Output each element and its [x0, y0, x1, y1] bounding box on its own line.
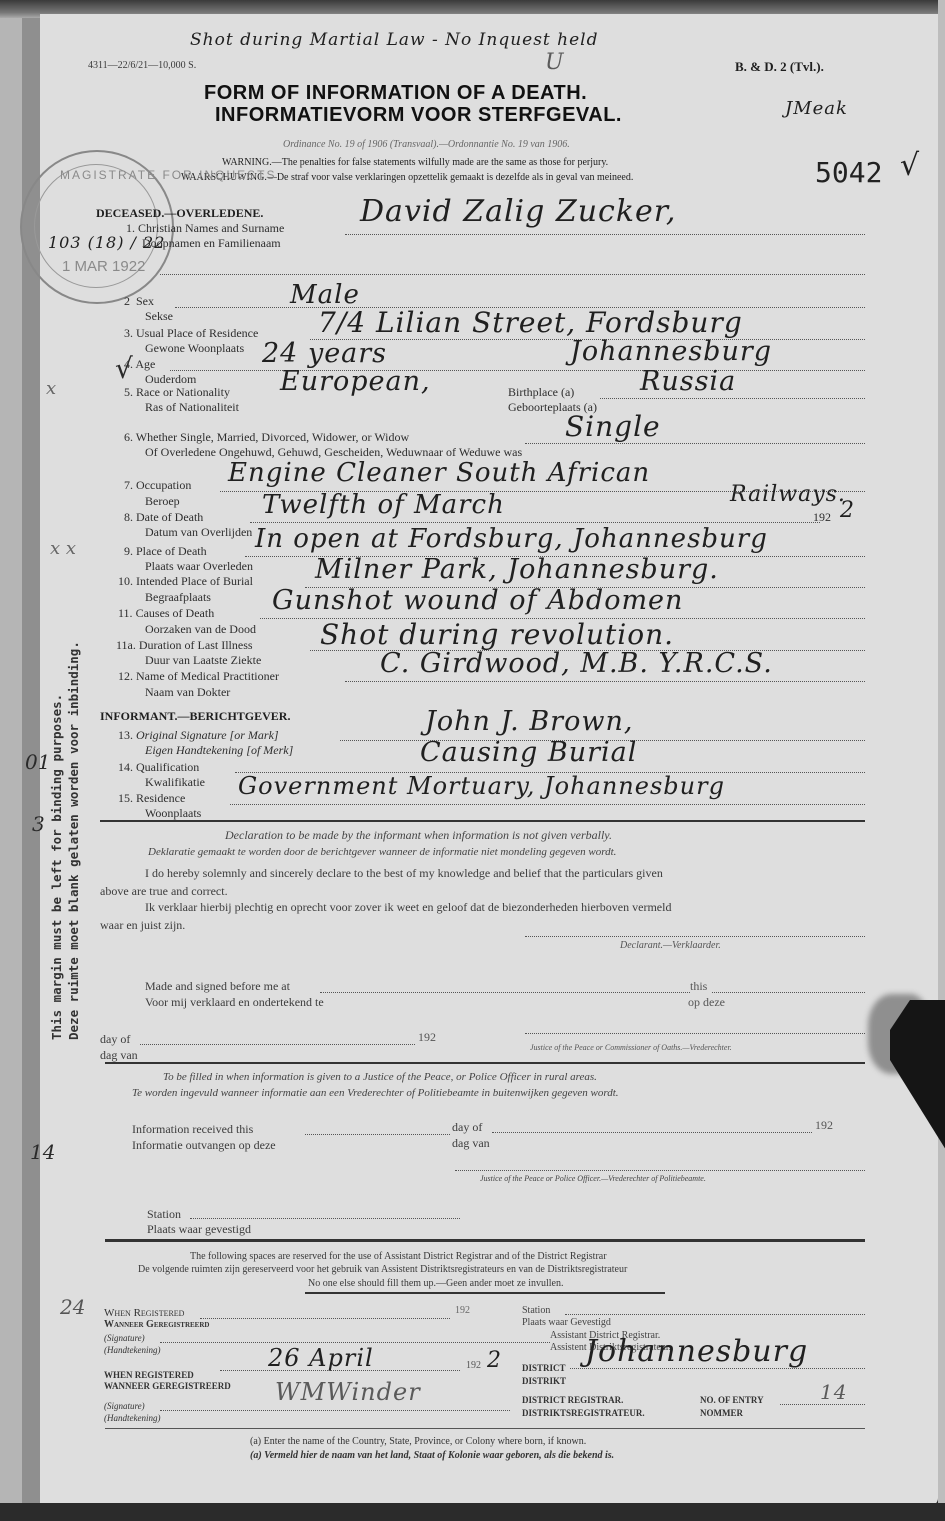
name-line [345, 234, 865, 235]
burial-label-nl: Begraafplaats [145, 590, 211, 605]
date-of-death-year-prefix: 192 [813, 510, 831, 525]
cause-of-death-value[interactable]: Gunshot wound of Abdomen [272, 585, 683, 616]
entry-number-label-en: NO. OF ENTRY [700, 1395, 764, 1405]
margin-mark-xx: x x [50, 538, 76, 559]
checkmark-icon: √ [900, 148, 920, 183]
field-number: 6. [124, 430, 133, 444]
station-label-en: Station [147, 1207, 181, 1222]
when-registered2-label-nl: WANNEER GEREGISTREERD [104, 1381, 231, 1391]
registered-year-prefix: 192 [466, 1360, 481, 1371]
day-of-label-en: day of [100, 1032, 130, 1047]
duration-label-nl: Duur van Laatste Ziekte [145, 653, 261, 668]
birthplace-line [600, 398, 865, 399]
name-label-en: Christian Names and Surname [138, 221, 284, 235]
declarant-label: Declarant.—Verklaarder. [620, 940, 721, 951]
qualification-label-en: Qualification [136, 760, 199, 774]
made-signed-label-en: Made and signed before me at [145, 979, 290, 994]
field-number: 11a. [116, 638, 136, 652]
registrar-signature-line [160, 1410, 510, 1411]
date-of-death-year-value[interactable]: 2 [840, 498, 855, 523]
station-line [190, 1218, 460, 1219]
field-number: 1. [126, 221, 135, 235]
info-day-of-label-nl: dag van [452, 1136, 490, 1151]
this-label-en: this [690, 979, 707, 994]
marital-status-value[interactable]: Single [565, 410, 661, 443]
info-received-label-nl: Informatie outvangen op deze [132, 1138, 276, 1153]
registered-year-value[interactable]: 2 [487, 1348, 502, 1373]
police-signature-line [455, 1170, 865, 1171]
info-received-label-en: Information received this [132, 1122, 253, 1137]
registrar-signature-label-en: (Signature) [104, 1401, 145, 1411]
place-of-death-value[interactable]: In open at Fordsburg, Johannesburg [255, 524, 768, 554]
info-month-line [492, 1132, 812, 1133]
margin-mark-x: x [46, 378, 56, 399]
warning-english: WARNING.—The penalties for false stateme… [222, 157, 608, 168]
district-label-en: DISTRICT [522, 1363, 566, 1373]
registrar-notice-en: The following spaces are reserved for th… [190, 1251, 607, 1262]
deceased-heading: DECEASED.—OVERLEDENE. [96, 206, 263, 221]
doctor-label-nl: Naam van Dokter [145, 685, 230, 700]
age-line [170, 370, 865, 371]
day-of-label-nl: dag van [100, 1048, 138, 1063]
binding-margin-note-nl: Deze ruimte moet blank gelaten worden vo… [65, 641, 82, 1040]
station-label-nl: Plaats waar gevestigd [147, 1222, 251, 1237]
section-divider [100, 820, 865, 822]
declaration-text-nl-1: Ik verklaar hierbij plechtig en oprecht … [145, 900, 671, 915]
entry-number-value[interactable]: 14 [820, 1380, 847, 1404]
margin-mark-3: 3 [32, 812, 45, 836]
field-number: 14. [118, 760, 133, 774]
reg-station-label-en: Station [522, 1305, 550, 1316]
title-english: FORM OF INFORMATION OF A DEATH. [204, 82, 587, 105]
margin-mark-14: 14 [30, 1140, 55, 1164]
burial-place-value[interactable]: Milner Park, Johannesburg. [315, 554, 719, 585]
race-value[interactable]: European, [280, 366, 431, 397]
cause-label-nl: Oorzaken van de Dood [145, 622, 256, 637]
deceased-name-value[interactable]: David Zalig Zucker, [360, 194, 676, 229]
justice-label: Justice of the Peace or Commissioner of … [530, 1043, 732, 1052]
footnote-en: (a) Enter the name of the Country, State… [250, 1436, 586, 1447]
residence-informant-label-nl: Woonplaats [145, 806, 201, 821]
when-registered-label-nl: Wanneer Geregistreerd [104, 1319, 209, 1330]
reg-station-label-nl: Plaats waar Gevestigd [522, 1317, 611, 1328]
field-number: 11. [118, 606, 133, 620]
declaration-heading-en: Declaration to be made by the informant … [225, 828, 612, 843]
declaration-heading-nl: Deklaratie gemaakt te worden door de ber… [148, 846, 616, 858]
date-of-death-label-en: Date of Death [136, 510, 203, 524]
ordinance-reference: Ordinance No. 19 of 1906 (Transvaal).—Or… [283, 139, 570, 150]
marital-label-en: Whether Single, Married, Divorced, Widow… [136, 430, 409, 444]
age-label-en: Age [135, 357, 155, 371]
print-code: 4311—22/6/21—10,000 S. [88, 60, 196, 71]
rural-heading-nl: Te worden ingevuld wanneer informatie aa… [132, 1087, 619, 1099]
residence-label-en: Usual Place of Residence [136, 326, 258, 340]
burial-label-en: Intended Place of Burial [136, 574, 253, 588]
field-number: 4. [124, 357, 133, 371]
doctor-line [345, 681, 865, 682]
occupation-value[interactable]: Engine Cleaner South African [228, 458, 650, 488]
registered-date-value[interactable]: 26 April [268, 1344, 374, 1372]
when-registered2-label-en: WHEN REGISTERED [104, 1370, 194, 1380]
residence-city-value[interactable]: Johannesburg [570, 336, 772, 367]
informant-residence-value[interactable]: Government Mortuary, Johannesburg [238, 772, 725, 800]
when-registered-label-en: When Registered [104, 1307, 184, 1319]
name-line-2 [160, 274, 865, 275]
district-registrar-label-nl: DISTRIKTSREGISTRATEUR. [522, 1408, 645, 1418]
age-value[interactable]: 24 years [262, 338, 387, 369]
declaration-text-en-1: I do hereby solemnly and sincerely decla… [145, 866, 663, 881]
occupation-label-en: Occupation [136, 478, 191, 492]
birthplace-label-en: Birthplace (a) [508, 385, 574, 400]
info-year-prefix: 192 [815, 1118, 833, 1133]
reg-station-line [565, 1314, 865, 1315]
binding-margin-note: This margin must be left for binding pur… [48, 641, 82, 1040]
field-number: 13. [118, 728, 133, 742]
declarant-signature-line [525, 936, 865, 937]
binding-spine [0, 0, 22, 1521]
justice-signature-line [525, 1033, 865, 1034]
place-of-death-label-nl: Plaats waar Overleden [145, 559, 253, 574]
entry-number-line [780, 1404, 865, 1405]
residence-informant-label-en: Residence [136, 791, 185, 805]
qualification-label-nl: Kwalifikatie [145, 775, 205, 790]
stamp-ring-text: MAGISTRATE FOR INQUESTS [60, 168, 276, 182]
signature-label-nl: (Handtekening) [104, 1345, 160, 1355]
section-divider [105, 1062, 865, 1064]
stamp-date: 1 MAR 1922 [62, 258, 145, 275]
date-of-death-value[interactable]: Twelfth of March [262, 490, 505, 520]
signature-label-en: (Signature) [104, 1333, 145, 1343]
day-of-line [140, 1044, 415, 1045]
duration-value[interactable]: Shot during revolution. [320, 618, 674, 651]
field-number: 3. [124, 326, 133, 340]
form-code: B. & D. 2 (Tvl.). [735, 59, 824, 75]
info-received-day-line [305, 1134, 450, 1135]
district-label-nl: DISTRIKT [522, 1376, 566, 1386]
when-registered-line [200, 1318, 450, 1319]
title-dutch: INFORMATIEVORM VOOR STERFGEVAL. [215, 104, 622, 127]
sex-label-nl: Sekse [145, 309, 173, 324]
when-registered2-line [220, 1370, 460, 1371]
scan-bottom-edge [0, 1503, 945, 1521]
initials-annotation: JMeak [785, 98, 848, 119]
informant-signature-value[interactable]: John J. Brown, [425, 706, 633, 737]
register-number: 5042 [815, 156, 882, 189]
made-signed-label-nl: Voor mij verklaard en ondertekend te [145, 995, 324, 1010]
place-of-death-label-en: Place of Death [136, 544, 207, 558]
duration-label-en: Duration of Last Illness [139, 638, 253, 652]
margin-mark-01: 01 [25, 750, 50, 774]
field-number: 2 [124, 294, 130, 308]
binding-margin-note-en: This margin must be left for binding pur… [48, 641, 65, 1040]
occupation-label-nl: Beroep [145, 494, 180, 509]
signature-label-nl: Eigen Handtekening [of Merk] [145, 743, 293, 758]
entry-number-label-nl: NOMMER [700, 1408, 743, 1418]
when-registered-year-prefix: 192 [455, 1305, 470, 1316]
info-day-of-label-en: day of [452, 1120, 482, 1135]
notice-underline [305, 1292, 665, 1294]
field-number: 12. [118, 669, 133, 683]
district-value[interactable]: Johannesburg [585, 1334, 808, 1369]
date-of-death-label-nl: Datum van Overlijden [145, 525, 252, 540]
sex-label-en: Sex [136, 294, 154, 308]
doctor-value[interactable]: C. Girdwood, M.B. Y.R.C.S. [380, 648, 773, 679]
field-number: 7. [124, 478, 133, 492]
residence-label-nl: Gewone Woonplaats [145, 341, 244, 356]
registrar-notice-warn: No one else should fill them up.—Geen an… [308, 1278, 564, 1289]
race-label-nl: Ras of Nationaliteit [145, 400, 239, 415]
police-officer-label: Justice of the Peace or Police Officer.—… [480, 1174, 706, 1183]
residence-value[interactable]: 7/4 Lilian Street, Fordsburg [318, 306, 743, 339]
registrar-notice-nl: De volgende ruimten zijn gereserveerd vo… [138, 1264, 627, 1275]
informant-heading: INFORMANT.—BERICHTGEVER. [100, 709, 290, 724]
day-of-year-prefix: 192 [418, 1030, 436, 1045]
doctor-label-en: Name of Medical Practitioner [136, 669, 279, 683]
field-number: 9. [124, 544, 133, 558]
district-registrar-signature[interactable]: WMWinder [275, 1378, 421, 1406]
field-number: 8. [124, 510, 133, 524]
made-signed-place-line [320, 992, 690, 993]
date-of-death-line [250, 522, 820, 523]
this-day-line [712, 992, 865, 993]
section-divider [105, 1239, 865, 1242]
annotation-u: U [545, 50, 565, 75]
marital-line [525, 443, 865, 444]
footnote-nl: (a) Vermeld hier de naam van het land, S… [250, 1450, 614, 1461]
declaration-text-en-2: above are true and correct. [100, 884, 228, 899]
race-label-en: Race or Nationality [136, 385, 230, 399]
registrar-signature-label-nl: (Handtekening) [104, 1413, 160, 1423]
this-label-nl: op deze [688, 995, 725, 1010]
cause-label-en: Causes of Death [136, 606, 215, 620]
scan-right-edge [938, 0, 945, 1521]
qualification-value[interactable]: Causing Burial [420, 737, 637, 768]
signature-label-en: Original Signature [or Mark] [136, 728, 279, 742]
name-label-nl: Doopnamen en Familienaam [142, 236, 281, 251]
field-number: 10. [118, 574, 133, 588]
declaration-text-nl-2: waar en juist zijn. [100, 918, 185, 933]
district-registrar-label-en: DISTRICT REGISTRAR. [522, 1395, 623, 1405]
informant-residence-line [230, 804, 865, 805]
field-number: 15. [118, 791, 133, 805]
birthplace-value[interactable]: Russia [640, 366, 736, 397]
section-divider [105, 1428, 865, 1429]
field-number: 5. [124, 385, 133, 399]
rural-heading-en: To be filled in when information is give… [163, 1071, 597, 1083]
annotation-martial-law: Shot during Martial Law - No Inquest hel… [190, 30, 599, 50]
occupation-value-cont[interactable]: Railways. [730, 482, 846, 507]
asst-signature-line [160, 1342, 550, 1343]
margin-mark-24: 24 [60, 1295, 85, 1319]
